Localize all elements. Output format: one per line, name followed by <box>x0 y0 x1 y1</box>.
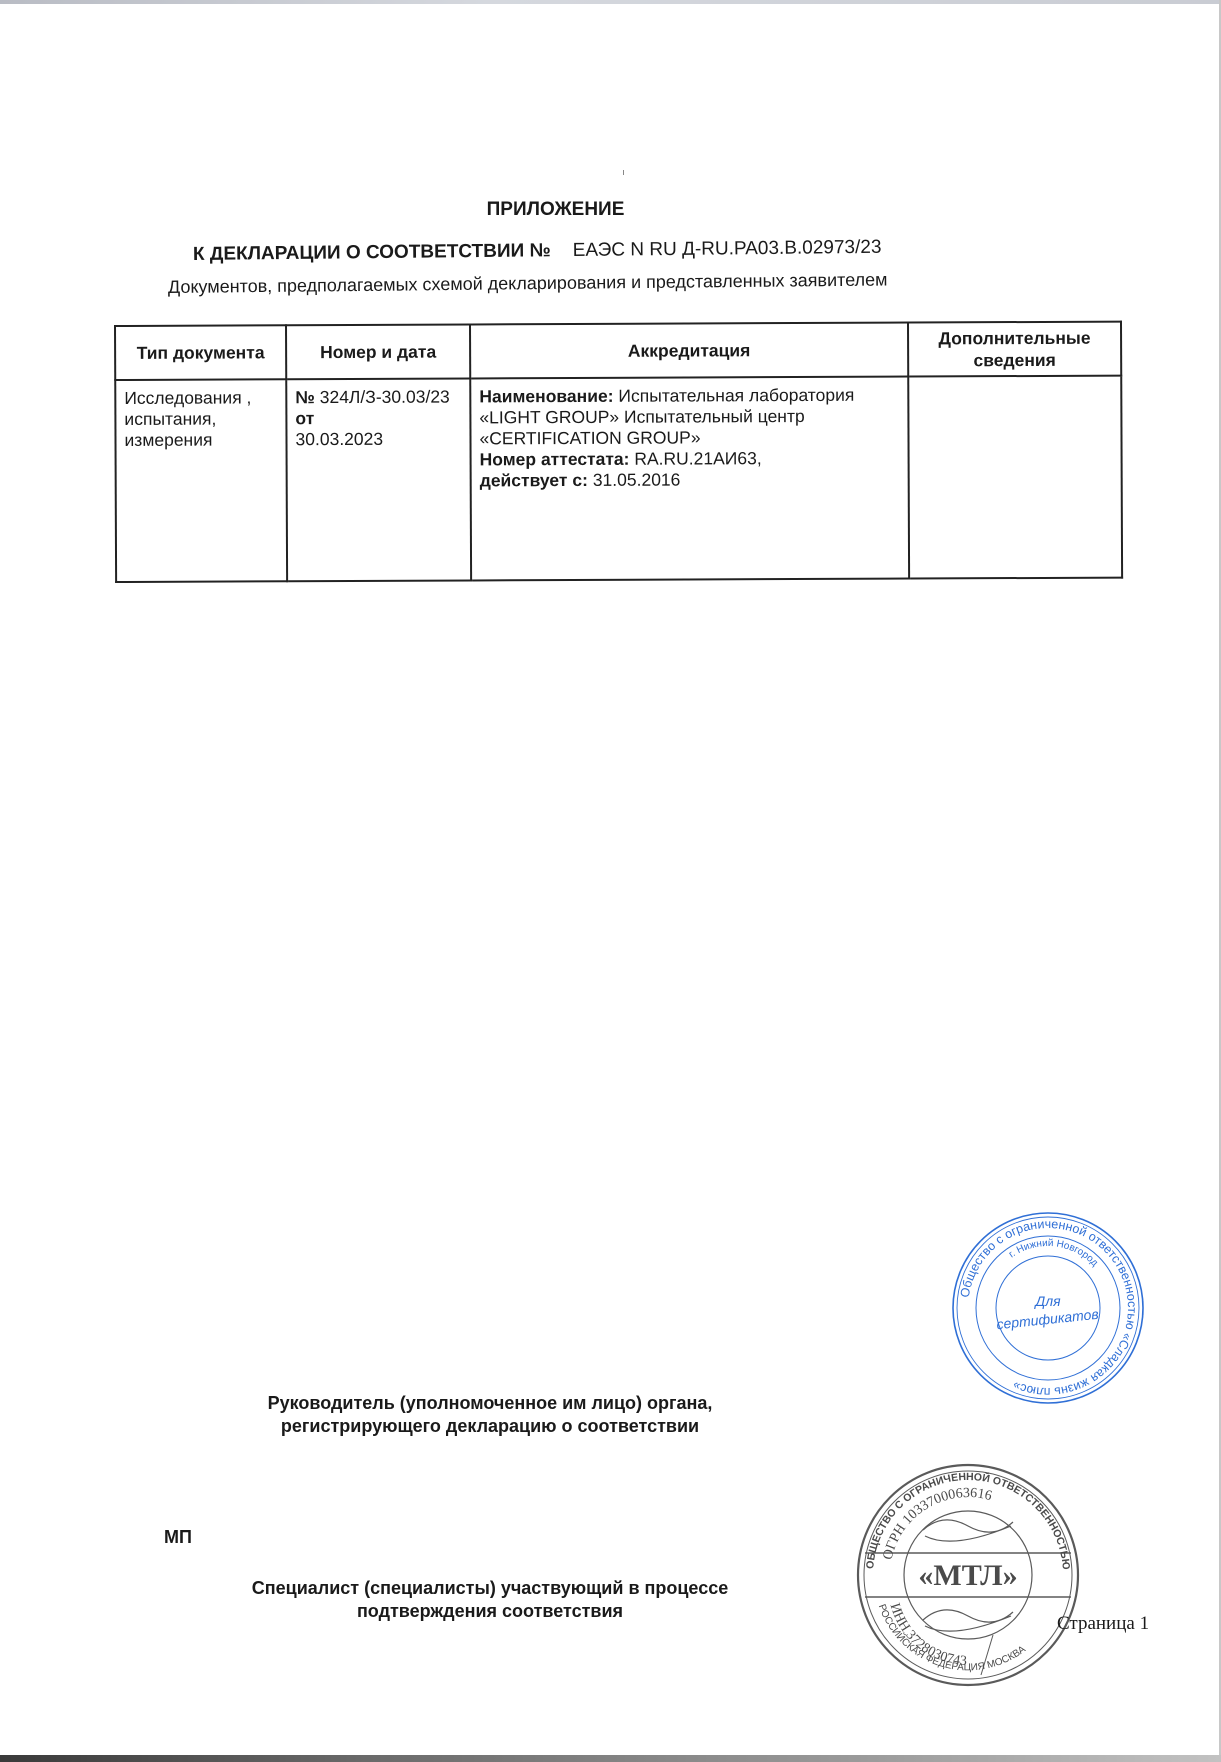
declaration-number: ЕАЭС N RU Д-RU.PA03.B.02973/23 <box>573 237 882 261</box>
date-label: от <box>295 408 314 428</box>
column-header-number-date: Номер и дата <box>286 324 470 379</box>
seal-place-label: МП <box>164 1527 192 1548</box>
company-seal-mtl-icon: ОБЩЕСТВО С ОГРАНИЧЕННОЙ ОТВЕТСТВЕННОСТЬЮ… <box>853 1460 1083 1690</box>
document-subtitle: Документов, предполагаемых схемой деклар… <box>168 269 888 298</box>
column-header-doc-type: Тип документа <box>115 325 286 380</box>
declaration-heading: К ДЕКЛАРАЦИИ О СООТВЕТСТВИИ №ЕАЭС N RU Д… <box>193 237 882 266</box>
table-row: Исследования , испытания, измерения № 32… <box>115 376 1122 582</box>
stamp-center-text-2: сертификатов <box>996 1306 1100 1333</box>
number-prefix: № <box>295 387 315 407</box>
document-date: 30.03.2023 <box>295 429 383 449</box>
cell-number-date: № 324Л/З-30.03/23 от 30.03.2023 <box>286 378 471 581</box>
company-seal-blue-icon: Общество с ограниченной ответственностью… <box>950 1210 1146 1406</box>
specialist-signature-label: Специалист (специалисты) участвующий в п… <box>240 1577 740 1623</box>
scan-speck <box>623 170 624 175</box>
head-signature-label: Руководитель (уполномоченное им лицо) ор… <box>240 1392 740 1438</box>
document-title: ПРИЛОЖЕНИЕ <box>0 199 1166 221</box>
declaration-label: К ДЕКЛАРАЦИИ О СООТВЕТСТВИИ № <box>193 240 551 265</box>
certificate-label: Номер аттестата: <box>480 449 630 470</box>
stamp-mtl-text: «МТЛ» <box>918 1559 1017 1592</box>
svg-text:ОГРН 1033700063616: ОГРН 1033700063616 <box>881 1486 994 1561</box>
valid-from-label: действует с: <box>480 470 588 490</box>
table-header-row: Тип документа Номер и дата Аккредитация … <box>115 322 1121 380</box>
column-header-accreditation: Аккредитация <box>470 323 908 379</box>
page-number: Страница 1 <box>1057 1613 1149 1635</box>
certificate-value: RA.RU.21АИ63, <box>634 448 761 469</box>
scan-bottom-edge <box>0 1755 1221 1762</box>
lab-name-label: Наименование: <box>479 386 613 407</box>
column-header-additional: Дополнительные сведения <box>908 322 1121 377</box>
scan-top-edge <box>0 0 1221 4</box>
document-number: 324Л/З-30.03/23 <box>320 387 450 408</box>
valid-from-value: 31.05.2016 <box>593 470 681 490</box>
cell-accreditation: Наименование: Испытательная лаборатория … <box>470 377 909 581</box>
documents-table: Тип документа Номер и дата Аккредитация … <box>114 321 1123 583</box>
cell-additional <box>908 376 1122 579</box>
cell-doc-type: Исследования , испытания, измерения <box>115 379 287 582</box>
stamp-center-text-1: Для <box>1033 1293 1061 1309</box>
